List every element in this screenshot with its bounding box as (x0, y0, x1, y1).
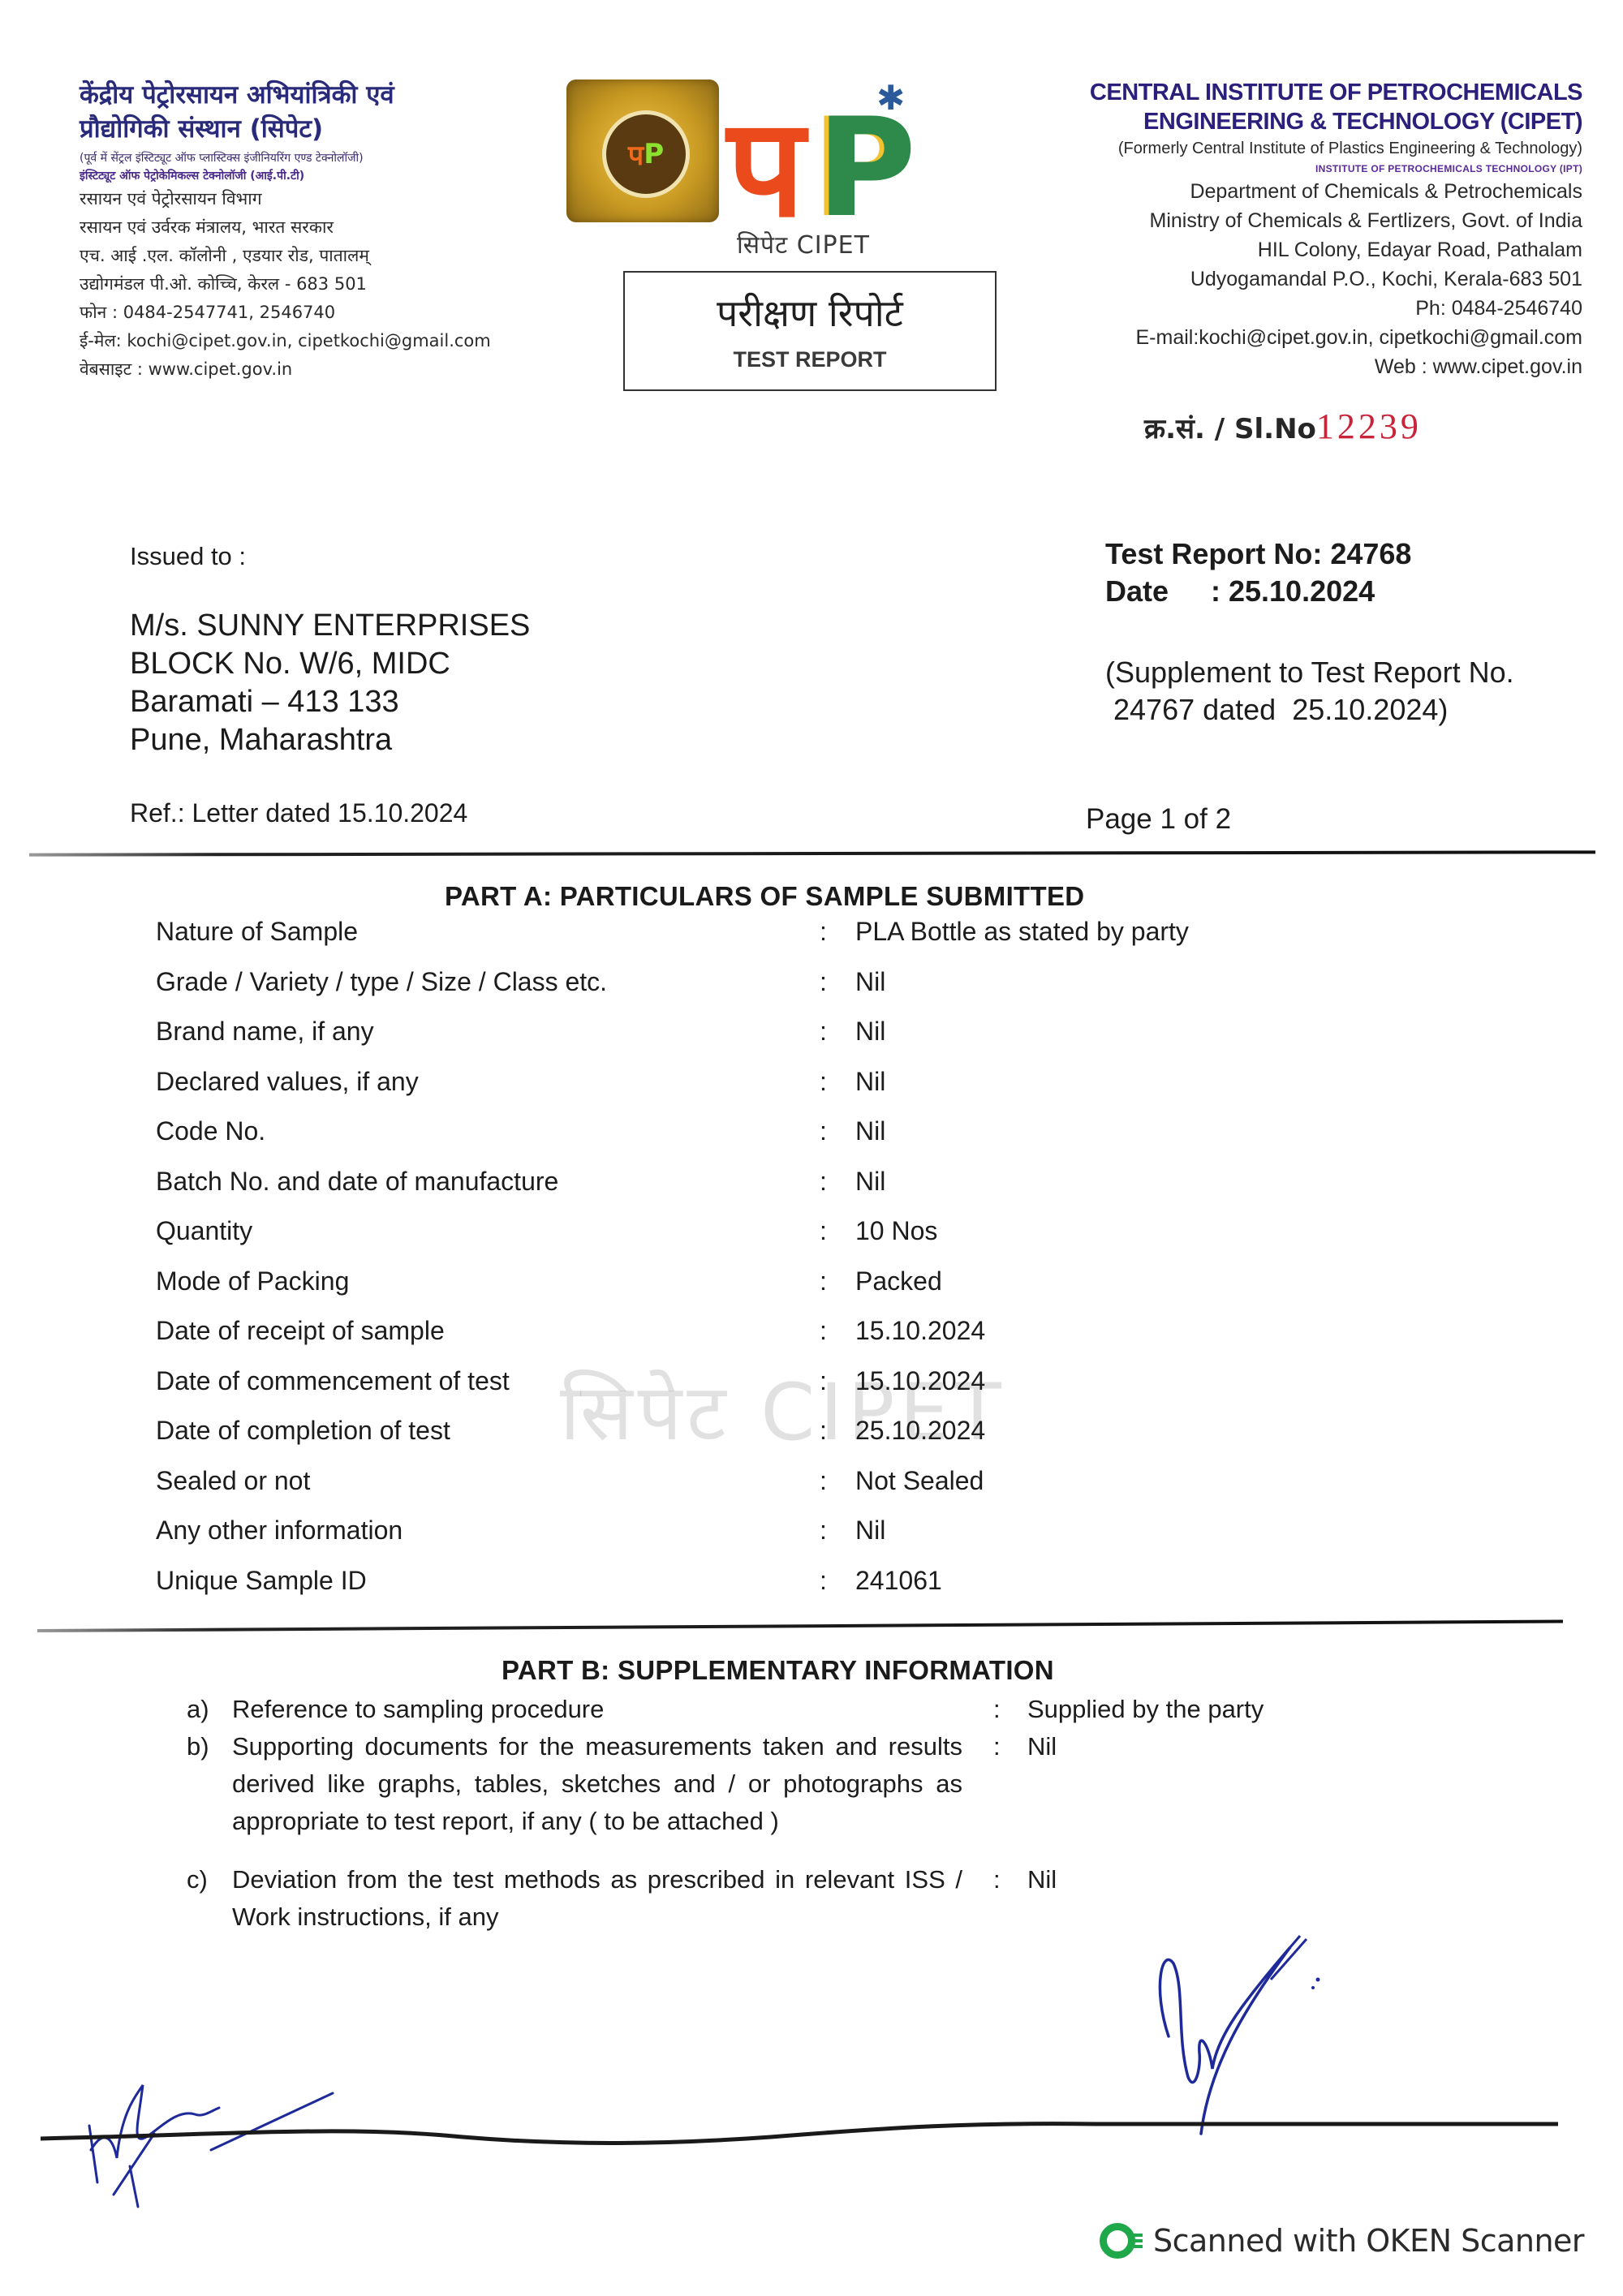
report-title-hindi: परीक्षण रिपोर्ट (625, 281, 995, 346)
institute-name-line2: ENGINEERING & TECHNOLOGY (CIPET) (949, 107, 1582, 136)
part-a-row: Date of commencement of test:15.10.2024 (156, 1366, 1373, 1417)
field-label: Code No. (156, 1116, 265, 1146)
addressee-line: BLOCK No. W/6, MIDC (130, 645, 530, 683)
address-line: HIL Colony, Edayar Road, Pathalam (949, 235, 1582, 264)
item-label: Deviation from the test methods as presc… (232, 1861, 962, 1936)
field-value: PLA Bottle as stated by party (855, 917, 1189, 947)
ipt-name: INSTITUTE OF PETROCHEMICALS TECHNOLOGY (… (949, 161, 1582, 177)
field-value: Nil (855, 967, 885, 997)
signature-line (41, 2118, 1558, 2150)
supplement-note: (Supplement to Test Report No. 24767 dat… (1105, 654, 1514, 729)
item-separator: : (993, 1861, 1001, 1898)
hindi-address-line: रसायन एवं उर्वरक मंत्रालय, भारत सरकार (80, 213, 583, 242)
former-name-hindi: (पूर्व में सेंट्रल इंस्टिट्यूट ऑफ प्लास्… (80, 149, 583, 167)
field-separator: : (820, 1266, 827, 1296)
hindi-email: ई-मेल: kochi@cipet.gov.in, cipetkochi@gm… (80, 327, 583, 355)
part-a-row: Quantity:10 Nos (156, 1216, 1373, 1266)
field-separator: : (820, 1316, 827, 1346)
field-label: Any other information (156, 1516, 403, 1546)
field-separator: : (820, 1216, 827, 1246)
field-separator: : (820, 917, 827, 947)
field-value: 10 Nos (855, 1216, 937, 1246)
serial-label: क्र.सं. / Sl.No (1144, 413, 1316, 445)
field-label: Grade / Variety / type / Size / Class et… (156, 967, 607, 997)
item-separator: : (993, 1691, 1001, 1728)
part-a-row: Mode of Packing:Packed (156, 1266, 1373, 1317)
page-number: Page 1 of 2 (1086, 803, 1231, 836)
supplement-line: 24767 dated 25.10.2024) (1105, 691, 1514, 729)
part-a-row: Nature of Sample:PLA Bottle as stated by… (156, 917, 1373, 967)
field-separator: : (820, 1566, 827, 1596)
field-label: Unique Sample ID (156, 1566, 367, 1596)
field-value: Not Sealed (855, 1466, 984, 1496)
part-b-table: a)Reference to sampling procedure:Suppli… (187, 1691, 1323, 1936)
field-value: Nil (855, 1516, 885, 1546)
field-value: 25.10.2024 (855, 1416, 985, 1446)
field-label: Batch No. and date of manufacture (156, 1167, 558, 1197)
field-separator: : (820, 1167, 827, 1197)
address-line: Udyogamandal P.O., Kochi, Kerala-683 501 (949, 264, 1582, 294)
field-separator: : (820, 1116, 827, 1146)
divider (37, 1620, 1563, 1632)
report-title-english: TEST REPORT (625, 346, 995, 373)
item-letter: a) (187, 1691, 209, 1728)
test-report-title-box: परीक्षण रिपोर्ट TEST REPORT (623, 271, 997, 391)
emblem-glyph-p: P (644, 138, 664, 170)
part-b-title: PART B: SUPPLEMENTARY INFORMATION (502, 1655, 1054, 1686)
cipet-emblem-logo: पP (566, 80, 719, 222)
serial-number: क्र.सं. / Sl.No12239 (1144, 406, 1422, 447)
field-value: Nil (855, 1116, 885, 1146)
logo-caption: सिपेट CIPET (737, 227, 870, 260)
part-a-row: Sealed or not:Not Sealed (156, 1466, 1373, 1516)
field-separator: : (820, 1366, 827, 1396)
part-a-row: Declared values, if any:Nil (156, 1067, 1373, 1117)
report-number-row: Test Report No: 24768 (1105, 535, 1411, 573)
issued-to-label: Issued to : (130, 542, 246, 571)
part-a-row: Grade / Variety / type / Size / Class et… (156, 967, 1373, 1017)
item-value: Nil (1027, 1728, 1057, 1765)
item-letter: c) (187, 1861, 208, 1898)
part-b-row: b)Supporting documents for the measureme… (187, 1728, 1323, 1840)
part-a-table: Nature of Sample:PLA Bottle as stated by… (156, 917, 1373, 1615)
report-number: 24768 (1330, 537, 1411, 570)
field-value: Packed (855, 1266, 942, 1296)
field-value: Nil (855, 1067, 885, 1097)
field-label: Sealed or not (156, 1466, 310, 1496)
email-line: E-mail:kochi@cipet.gov.in, cipetkochi@gm… (949, 323, 1582, 352)
scanner-watermark: Scanned with OKEN Scanner (1100, 2223, 1584, 2259)
hindi-phone: फोन : 0484-2547741, 2546740 (80, 299, 583, 327)
emblem-glyph-pa: प (628, 135, 644, 173)
header-english-block: CENTRAL INSTITUTE OF PETROCHEMICALS ENGI… (949, 78, 1582, 381)
institute-name-hindi-line2: प्रौद्योगिकी संस्थान (सिपेट) (80, 112, 583, 146)
web-line: Web : www.cipet.gov.in (949, 352, 1582, 381)
report-date: : 25.10.2024 (1211, 574, 1375, 608)
field-separator: : (820, 1516, 827, 1546)
department-line: Department of Chemicals & Petrochemicals (949, 177, 1582, 206)
item-value: Supplied by the party (1027, 1691, 1264, 1728)
addressee-name: M/s. SUNNY ENTERPRISES (130, 607, 530, 645)
report-date-label: Date (1105, 573, 1211, 610)
supplement-line: (Supplement to Test Report No. (1105, 654, 1514, 691)
field-separator: : (820, 967, 827, 997)
star-icon: ✱ (876, 78, 905, 118)
item-letter: b) (187, 1728, 209, 1765)
field-value: Nil (855, 1017, 885, 1047)
reference-letter: Ref.: Letter dated 15.10.2024 (130, 798, 467, 828)
part-b-row: a)Reference to sampling procedure:Suppli… (187, 1691, 1323, 1728)
field-separator: : (820, 1416, 827, 1446)
scanner-text: Scanned with OKEN Scanner (1153, 2223, 1584, 2259)
part-a-row: Date of completion of test:25.10.2024 (156, 1416, 1373, 1466)
phone-line: Ph: 0484-2546740 (949, 294, 1582, 323)
report-meta: Test Report No: 24768 Date: 25.10.2024 (1105, 535, 1411, 610)
part-a-row: Code No.:Nil (156, 1116, 1373, 1167)
field-label: Declared values, if any (156, 1067, 419, 1097)
field-label: Date of receipt of sample (156, 1316, 445, 1346)
field-value: 15.10.2024 (855, 1366, 985, 1396)
field-label: Nature of Sample (156, 917, 358, 947)
field-separator: : (820, 1017, 827, 1047)
part-a-row: Date of receipt of sample:15.10.2024 (156, 1316, 1373, 1366)
field-value: Nil (855, 1167, 885, 1197)
institute-name-line1: CENTRAL INSTITUTE OF PETROCHEMICALS (949, 78, 1582, 107)
signature-right (1120, 1931, 1396, 2142)
former-name: (Formerly Central Institute of Plastics … (949, 136, 1582, 161)
addressee-block: M/s. SUNNY ENTERPRISES BLOCK No. W/6, MI… (130, 607, 530, 759)
report-number-label: Test Report No: (1105, 537, 1322, 570)
item-label: Reference to sampling procedure (232, 1691, 962, 1728)
field-value: 241061 (855, 1566, 942, 1596)
field-separator: : (820, 1067, 827, 1097)
logo-glyph-pa: प (727, 91, 804, 245)
part-a-row: Any other information:Nil (156, 1516, 1373, 1566)
addressee-line: Baramati – 413 133 (130, 683, 530, 721)
field-value: 15.10.2024 (855, 1316, 985, 1346)
part-a-row: Brand name, if any:Nil (156, 1017, 1373, 1067)
part-a-title: PART A: PARTICULARS OF SAMPLE SUBMITTED (445, 881, 1084, 912)
ministry-line: Ministry of Chemicals & Fertlizers, Govt… (949, 206, 1582, 235)
field-label: Brand name, if any (156, 1017, 374, 1047)
part-a-row: Unique Sample ID:241061 (156, 1566, 1373, 1616)
item-separator: : (993, 1728, 1001, 1765)
field-label: Date of completion of test (156, 1416, 450, 1446)
divider (29, 850, 1595, 856)
field-label: Mode of Packing (156, 1266, 349, 1296)
oken-logo-icon (1100, 2223, 1135, 2259)
serial-value: 12239 (1316, 406, 1422, 446)
item-value: Nil (1027, 1861, 1057, 1898)
report-date-row: Date: 25.10.2024 (1105, 573, 1411, 610)
hindi-address-line: उद्योगमंडल पी.ओ. कोच्चि, केरल - 683 501 (80, 270, 583, 299)
header-hindi-block: केंद्रीय पेट्रोरसायन अभियांत्रिकी एवं प्… (80, 78, 583, 384)
part-b-row: c)Deviation from the test methods as pre… (187, 1861, 1323, 1936)
institute-name-hindi-line1: केंद्रीय पेट्रोरसायन अभियांत्रिकी एवं (80, 78, 583, 112)
signature-left (49, 2077, 390, 2223)
hindi-address-line: रसायन एवं पेट्रोरसायन विभाग (80, 185, 583, 213)
part-a-row: Batch No. and date of manufacture:Nil (156, 1167, 1373, 1217)
ipt-name-hindi: इंस्टिट्यूट ऑफ पेट्रोकेमिकल्स टेक्नोलॉजी… (80, 167, 583, 185)
field-label: Quantity (156, 1216, 252, 1246)
hindi-address-line: एच. आई .एल. कॉलोनी , एडयार रोड, पातालम् (80, 242, 583, 270)
addressee-line: Pune, Maharashtra (130, 721, 530, 759)
item-label: Supporting documents for the measurement… (232, 1728, 962, 1840)
emblem-ring: पP (602, 110, 690, 198)
field-separator: : (820, 1466, 827, 1496)
hindi-website: वेबसाइट : www.cipet.gov.in (80, 355, 583, 384)
field-label: Date of commencement of test (156, 1366, 510, 1396)
